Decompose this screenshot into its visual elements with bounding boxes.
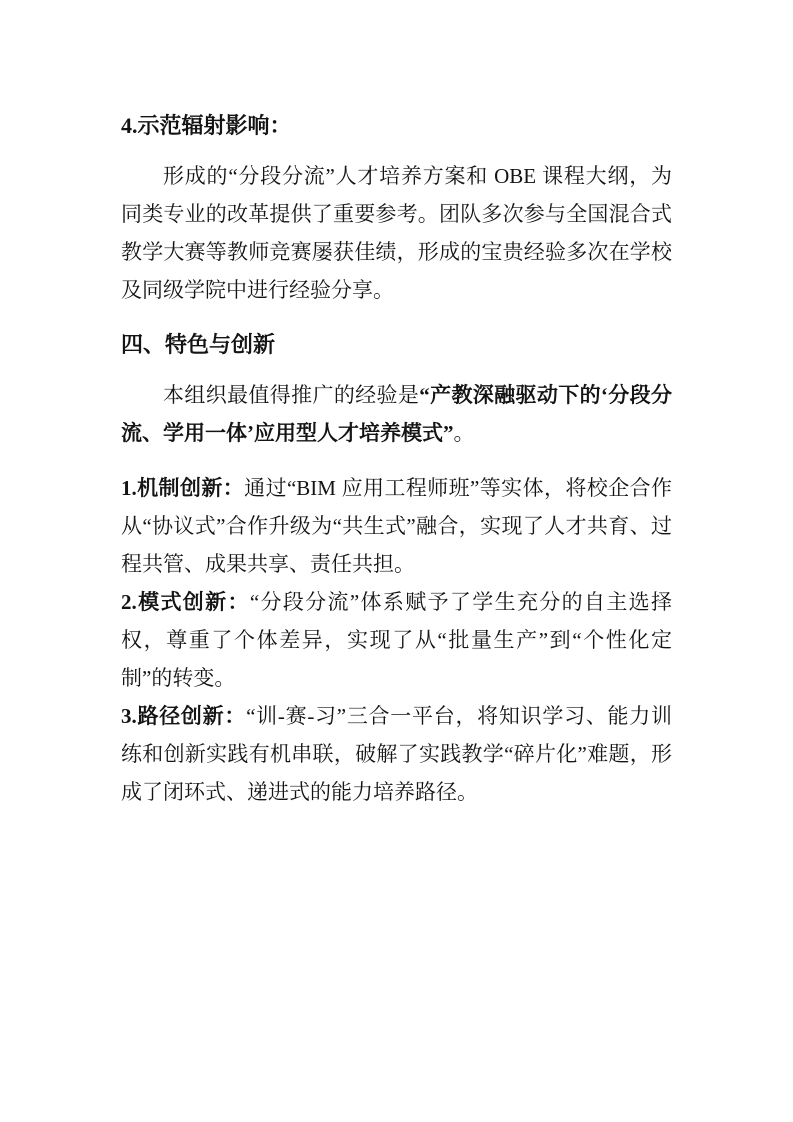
document-content: 4.示范辐射影响：形成的“分段分流”人才培养方案和 OBE 课程大纲，为同类专业… xyxy=(121,107,672,811)
text-run: 。 xyxy=(454,421,475,445)
document-page: 4.示范辐射影响：形成的“分段分流”人才培养方案和 OBE 课程大纲，为同类专业… xyxy=(0,0,793,1122)
item-model-innovation: 2.模式创新：“分段分流”体系赋予了学生充分的自主选择权，尊重了个体差异，实现了… xyxy=(121,583,672,697)
text-run: 4.示范辐射影响： xyxy=(121,113,292,138)
text-run: 3.路径创新： xyxy=(121,704,246,728)
heading-features-and-innovation: 四、特色与创新 xyxy=(121,326,672,364)
text-run: 形成的“分段分流”人才培养方案和 OBE 课程大纲，为同类专业的改革提供了重要参… xyxy=(121,164,672,302)
item-path-innovation: 3.路径创新：“训-赛-习”三合一平台，将知识学习、能力训练和创新实践有机串联，… xyxy=(121,697,672,811)
text-run: 本组织最值得推广的经验是 xyxy=(163,383,419,407)
para-experience-summary: 本组织最值得推广的经验是“产教深融驱动下的‘分段分流、学用一体’应用型人才培养模… xyxy=(121,376,672,452)
text-run: 1.机制创新： xyxy=(121,476,244,500)
text-run: 四、特色与创新 xyxy=(121,332,275,357)
heading-demonstration-radiation-impact: 4.示范辐射影响： xyxy=(121,107,672,145)
para-demonstration-impact-body: 形成的“分段分流”人才培养方案和 OBE 课程大纲，为同类专业的改革提供了重要参… xyxy=(121,157,672,309)
text-run: 2.模式创新： xyxy=(121,590,250,614)
item-mechanism-innovation: 1.机制创新：通过“BIM 应用工程师班”等实体，将校企合作从“协议式”合作升级… xyxy=(121,469,672,583)
